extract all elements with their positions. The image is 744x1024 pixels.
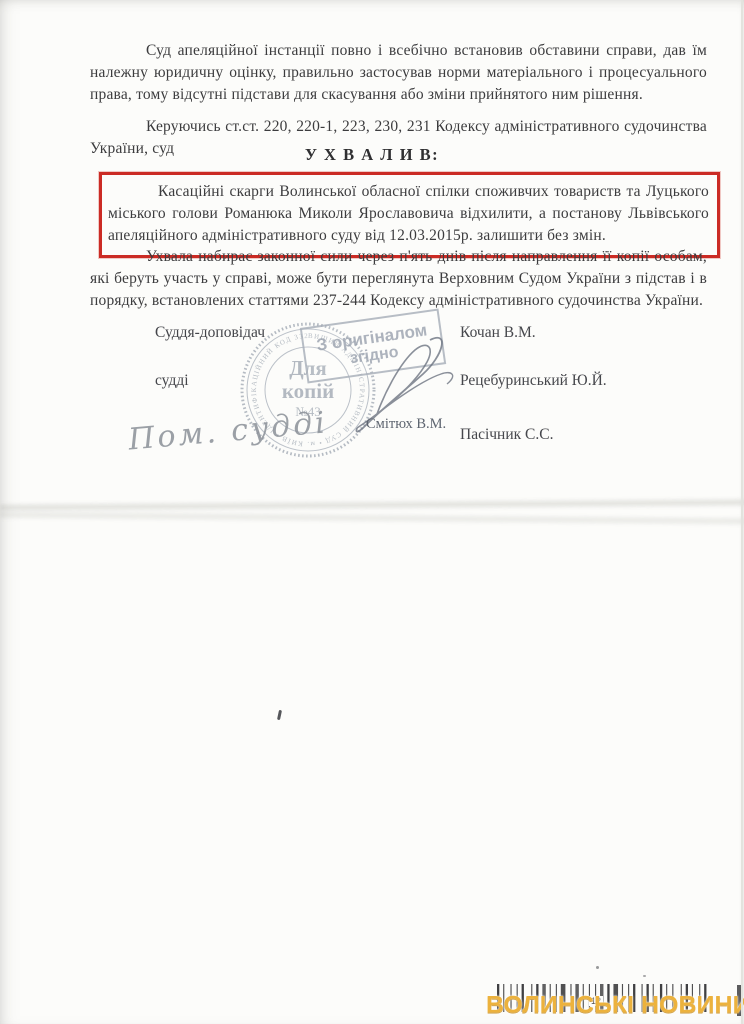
stamp-signer-name: Смітюх В.М.	[366, 416, 446, 433]
ink-speck	[596, 966, 599, 969]
ink-speck	[277, 710, 282, 720]
role-judges: судді	[155, 372, 189, 390]
judge-name-retseburynskyi-text: Рецебуринський Ю.Й.	[460, 372, 607, 389]
paragraph-legal-force: Ухвала набирає законної сили через п'ять…	[90, 246, 707, 312]
judge-name-retseburynskyi: Рецебуринський Ю.Й.	[460, 372, 607, 390]
ruling-text: Касаційні скарги Волинської обласної спі…	[108, 181, 709, 247]
paragraph-court-findings: Суд апеляційної інстанції повно і всебіч…	[90, 40, 707, 106]
scanned-page: Суд апеляційної інстанції повно і всебіч…	[0, 0, 744, 1024]
watermark-text: ВОЛИНСЬКІ НОВИНИ	[486, 992, 744, 1020]
fold-crease-line	[0, 510, 744, 526]
page-right-edge-line	[741, 0, 743, 1024]
ink-speck	[643, 975, 646, 977]
ruling-heading: У Х В А Л И В:	[0, 145, 744, 165]
